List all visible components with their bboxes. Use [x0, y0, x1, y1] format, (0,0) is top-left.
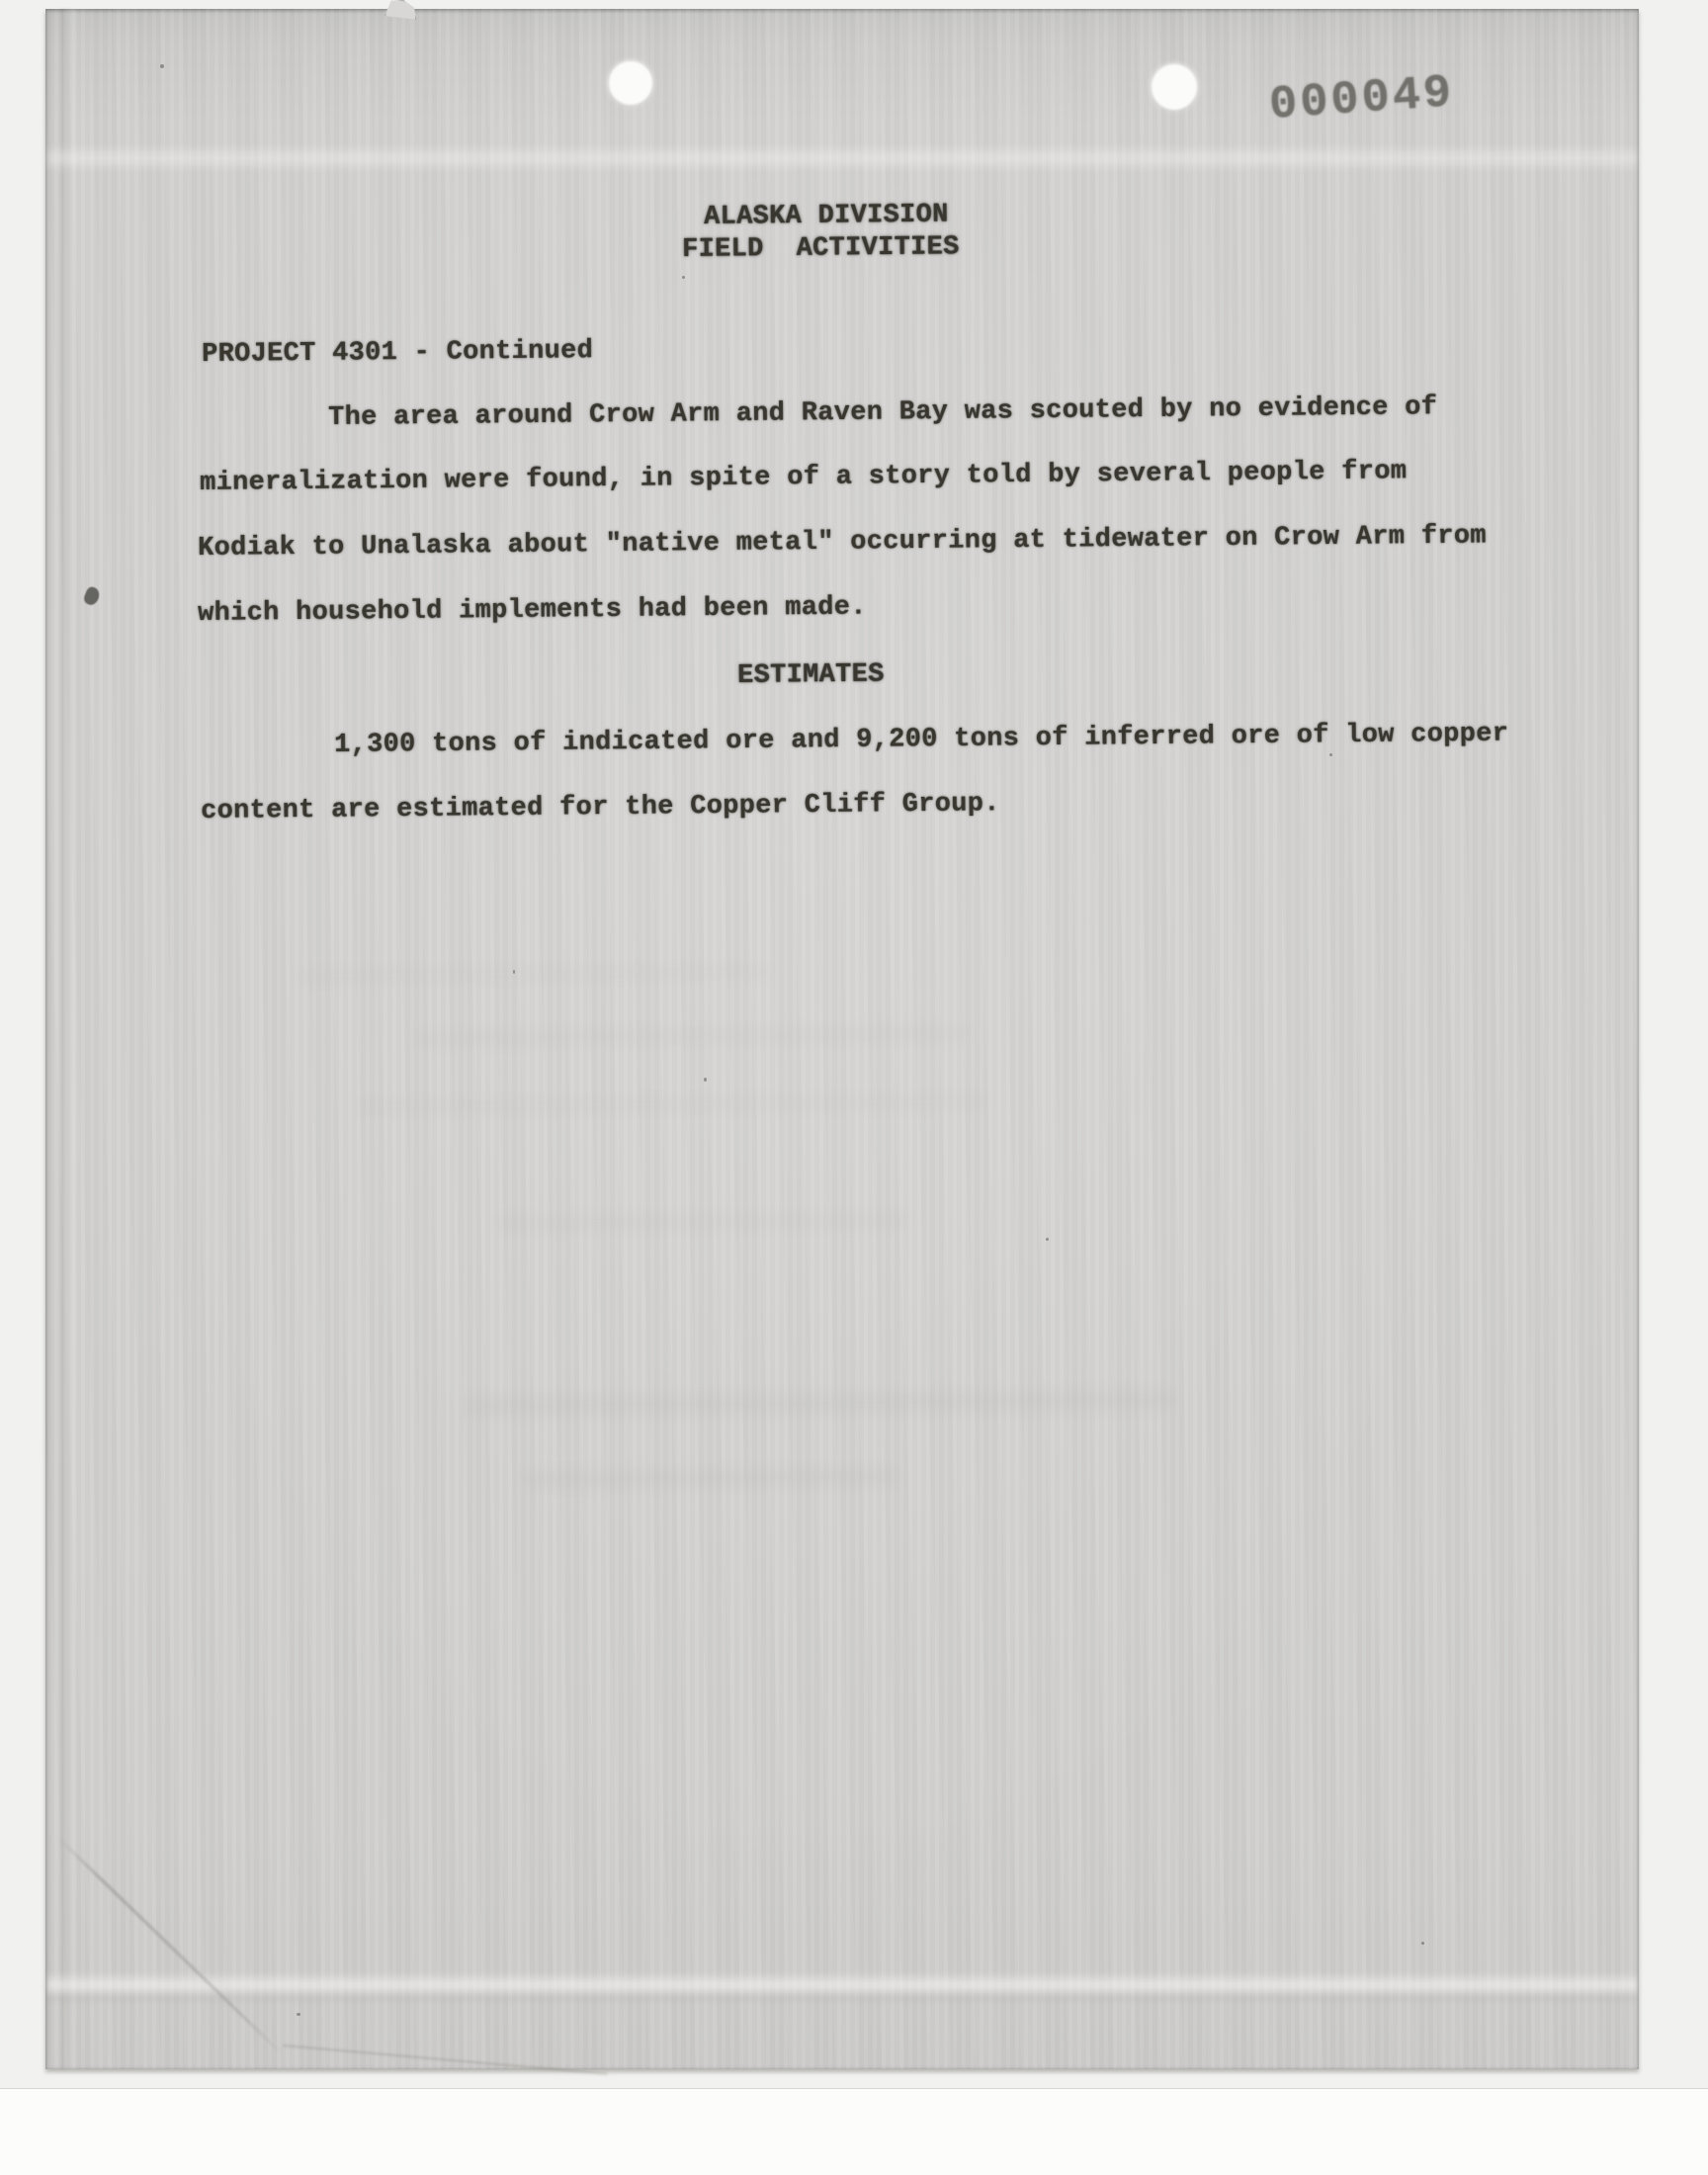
document-title-line2: FIELD ACTIVITIES	[682, 232, 960, 265]
ink-speck	[704, 1078, 707, 1082]
ink-speck	[160, 64, 164, 68]
scanner-bed-strip	[0, 2088, 1708, 2175]
document-title-line1: ALASKA DIVISION	[704, 201, 949, 232]
ink-speck	[1046, 1238, 1049, 1241]
ink-speck	[1329, 753, 1332, 756]
left-edge-fold-crease	[61, 9, 79, 2069]
punch-hole-left	[609, 61, 652, 105]
scanned-document-screenshot: { "document": { "stamp_number": "000049"…	[0, 0, 1708, 2175]
punch-hole-right	[1152, 64, 1197, 110]
project-heading: PROJECT 4301 - Continued	[202, 336, 593, 370]
ghost-bleedthrough-smudge	[524, 1467, 899, 1488]
torn-corner-tab	[384, 0, 418, 20]
horizontal-crease-top	[47, 144, 1637, 172]
page-number-stamp: 000049	[1268, 70, 1456, 130]
ink-speck	[1421, 1942, 1424, 1945]
horizontal-crease-bottom	[47, 1971, 1637, 2003]
ink-speck	[297, 2013, 300, 2016]
section-heading-estimates: ESTIMATES	[737, 660, 885, 691]
ink-speck	[682, 276, 685, 279]
